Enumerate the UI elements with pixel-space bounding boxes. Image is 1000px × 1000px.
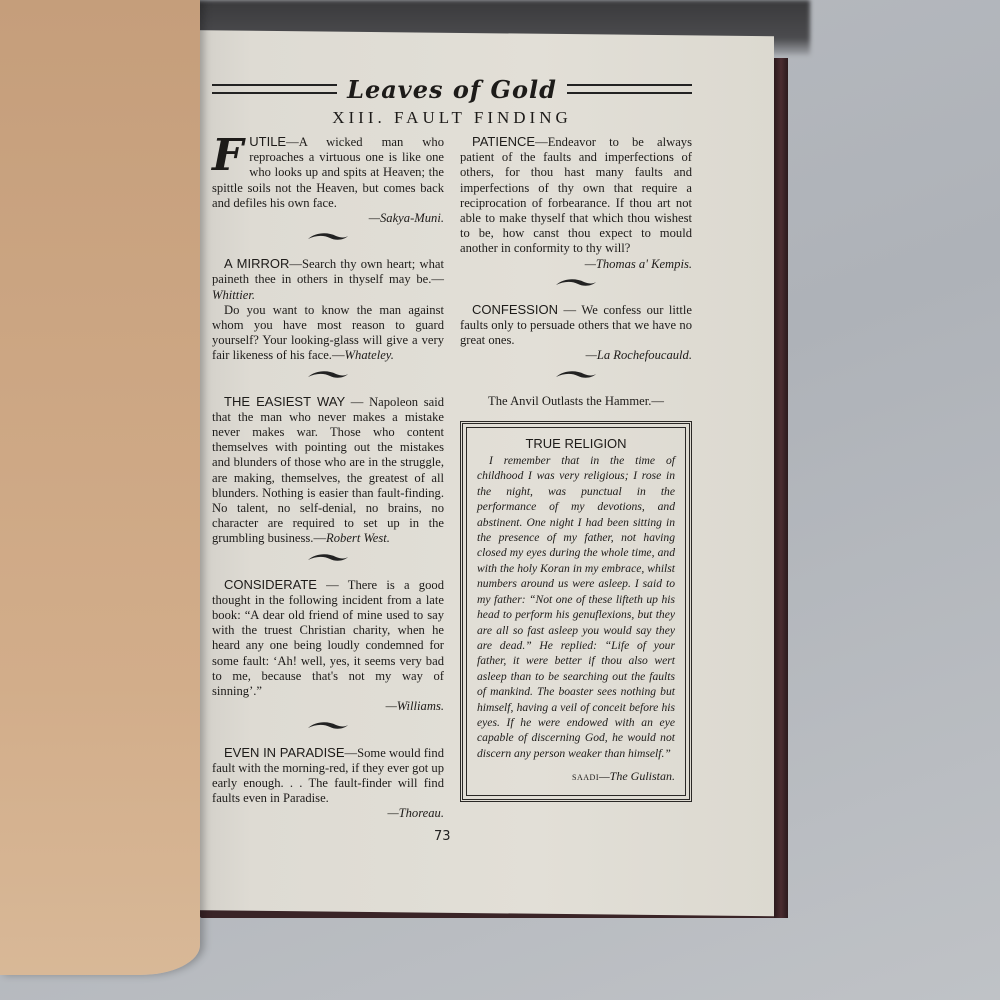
- boxed-quote-inner: TRUE RELIGION I remember that in the tim…: [466, 427, 686, 797]
- boxed-quote-body: I remember that in the time of childhood…: [477, 453, 675, 761]
- entry-heading: THE EASIEST WAY: [224, 394, 345, 409]
- entry-text: — Napoleon said that the man who never m…: [212, 395, 444, 546]
- entry-patience: PATIENCE—Endeavor to be always patient o…: [460, 134, 692, 272]
- entry-heading: UTILE: [249, 134, 286, 149]
- entry-futile: F UTILE—A wicked man who reproaches a vi…: [212, 134, 444, 226]
- entry-considerate: CONSIDERATE — There is a good thought in…: [212, 577, 444, 715]
- swash-ornament-icon: [212, 230, 444, 250]
- entry-heading: EVEN IN PARADISE: [224, 745, 345, 760]
- entry-confession: CONFESSION — We confess our little fault…: [460, 302, 692, 364]
- boxed-quote-attribution: SAADI—The Gulistan.: [477, 769, 675, 785]
- entry-text: Do you want to know the man against whom…: [212, 303, 444, 363]
- entry-heading: PATIENCE: [472, 134, 535, 149]
- entry-even-in-paradise: EVEN IN PARADISE—Some would find fault w…: [212, 745, 444, 822]
- swash-ornament-icon: [212, 368, 444, 388]
- right-column: PATIENCE—Endeavor to be always patient o…: [460, 134, 692, 822]
- drop-cap: F: [212, 136, 243, 176]
- boxed-quote: TRUE RELIGION I remember that in the tim…: [460, 421, 692, 803]
- entry-the-easiest-way: THE EASIEST WAY — Napoleon said that the…: [212, 394, 444, 547]
- swash-ornament-icon: [212, 719, 444, 739]
- entry-a-mirror: A MIRROR—Search thy own heart; what pain…: [212, 256, 444, 363]
- entry-attribution: —Thomas a' Kempis.: [460, 257, 692, 272]
- entry-attribution: —Thoreau.: [212, 806, 444, 821]
- entry-text: —A wicked man who reproaches a virtuous …: [212, 135, 444, 210]
- cover-edge: [774, 58, 788, 918]
- chapter-title: XIII. FAULT FINDING: [212, 108, 692, 128]
- standalone-proverb: The Anvil Outlasts the Hammer.—: [460, 394, 692, 409]
- page-number: 73: [434, 829, 451, 844]
- left-page-curl: [0, 0, 200, 975]
- boxed-quote-title: TRUE RELIGION: [477, 436, 675, 451]
- header-rule-left: [212, 84, 337, 94]
- entry-attribution: —Sakya-Muni.: [212, 211, 444, 226]
- swash-ornament-icon: [212, 551, 444, 571]
- book-title: Leaves of Gold: [347, 75, 557, 104]
- page-content: Leaves of Gold XIII. FAULT FINDING F UTI…: [212, 72, 692, 822]
- running-head: Leaves of Gold: [212, 72, 692, 106]
- entry-attribution: Whittier.: [212, 288, 255, 302]
- entry-heading: CONSIDERATE: [224, 577, 317, 592]
- entry-attribution: Whateley.: [345, 348, 394, 362]
- two-column-body: F UTILE—A wicked man who reproaches a vi…: [212, 134, 692, 822]
- boxed-quote-source: —The Gulistan.: [599, 769, 675, 783]
- entry-attribution: —Williams.: [212, 699, 444, 714]
- entry-heading: A MIRROR: [224, 256, 289, 271]
- entry-text: — There is a good thought in the followi…: [212, 578, 444, 698]
- boxed-quote-author: SAADI: [572, 773, 599, 782]
- entry-heading: CONFESSION: [472, 302, 558, 317]
- left-column: F UTILE—A wicked man who reproaches a vi…: [212, 134, 444, 822]
- entry-text: —Endeavor to be always patient of the fa…: [460, 135, 692, 255]
- swash-ornament-icon: [460, 276, 692, 296]
- header-rule-right: [567, 84, 692, 94]
- entry-attribution: —La Rochefoucauld.: [460, 348, 692, 363]
- swash-ornament-icon: [460, 368, 692, 388]
- entry-attribution: Robert West.: [326, 531, 390, 545]
